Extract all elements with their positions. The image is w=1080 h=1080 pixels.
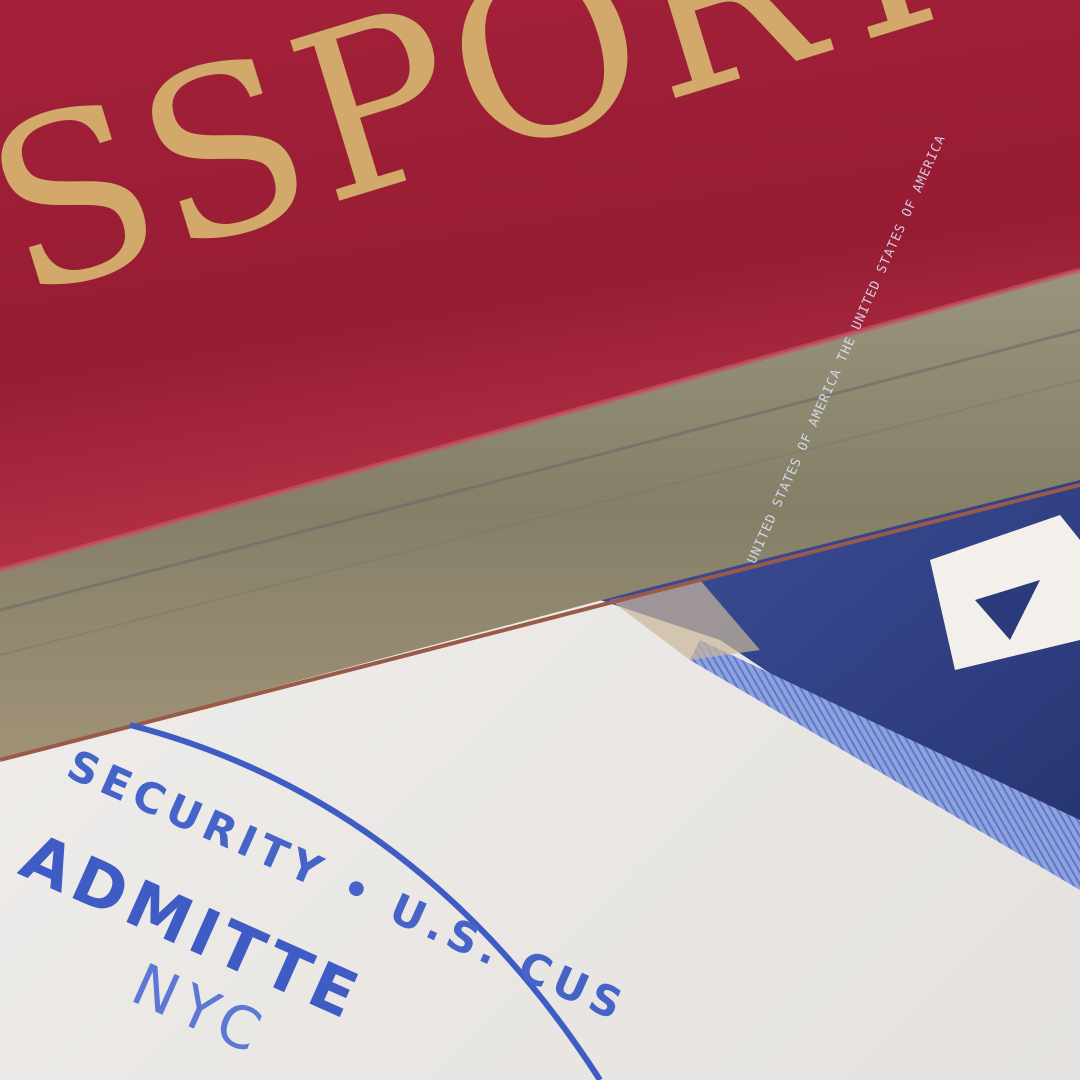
passport-photo: SSPORT UNITED STATES OF AMERICA THE UNIT…	[0, 0, 1080, 1080]
